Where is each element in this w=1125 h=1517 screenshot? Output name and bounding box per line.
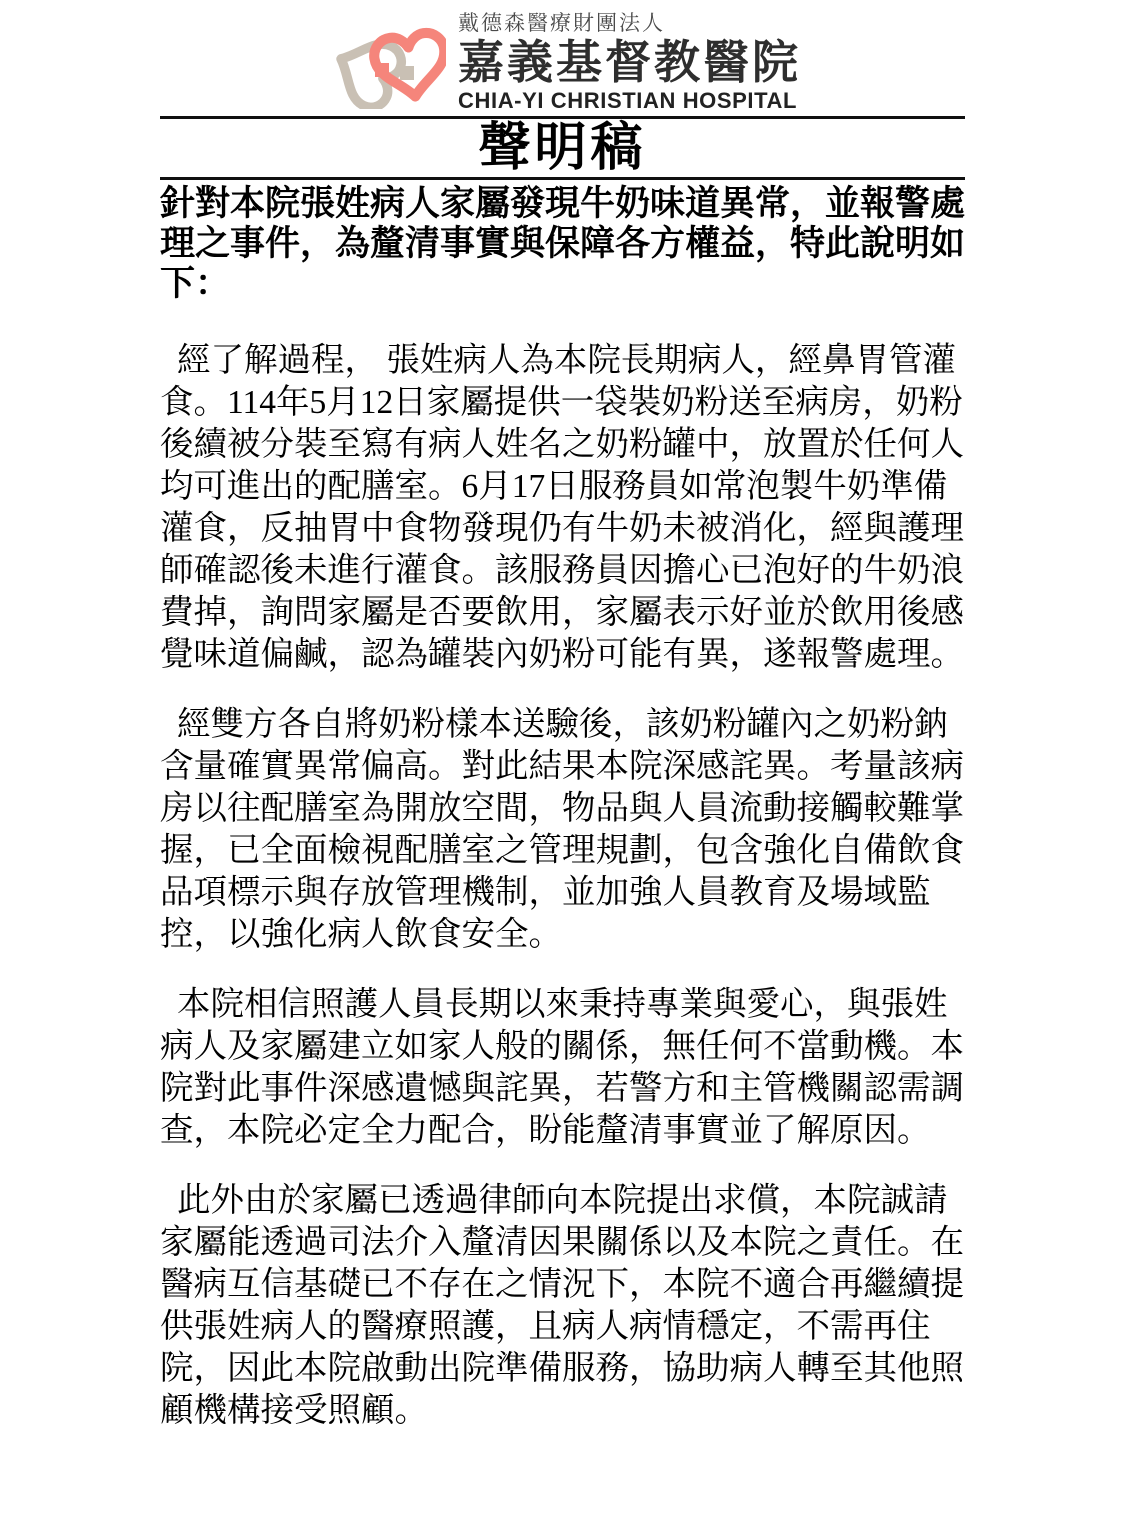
statement-content: 聲明稿 針對本院張姓病人家屬發現牛奶味道異常，並報警處理之事件，為釐清事實與保障…	[160, 116, 965, 1432]
double-heart-cross-icon	[324, 21, 446, 109]
statement-lead: 針對本院張姓病人家屬發現牛奶味道異常，並報警處理之事件，為釐清事實與保障各方權益…	[160, 184, 965, 304]
hospital-logo-text: 戴德森醫療財團法人 嘉義基督教醫院 CHIA-YI CHRISTIAN HOSP…	[458, 7, 801, 114]
hospital-logo	[324, 21, 446, 114]
hospital-name-en: CHIA-YI CHRISTIAN HOSPITAL	[458, 88, 801, 114]
statement-paragraph-4: 此外由於家屬已透過律師向本院提出求償，本院誠請家屬能透過司法介入釐清因果關係以及…	[160, 1180, 965, 1432]
title-divider	[160, 177, 965, 180]
statement-page: 戴德森醫療財團法人 嘉義基督教醫院 CHIA-YI CHRISTIAN HOSP…	[0, 0, 1125, 1517]
hospital-name-zh: 嘉義基督教醫院	[458, 39, 801, 87]
document-title: 聲明稿	[160, 119, 965, 177]
hospital-masthead: 戴德森醫療財團法人 嘉義基督教醫院 CHIA-YI CHRISTIAN HOSP…	[0, 0, 1125, 114]
affiliation-name: 戴德森醫療財團法人	[458, 7, 801, 37]
statement-paragraph-3: 本院相信照護人員長期以來秉持專業與愛心，與張姓病人及家屬建立如家人般的關係，無任…	[160, 984, 965, 1152]
statement-paragraph-2: 經雙方各自將奶粉樣本送驗後，該奶粉罐內之奶粉鈉含量確實異常偏高。對此結果本院深感…	[160, 704, 965, 956]
statement-paragraph-1: 經了解過程， 張姓病人為本院長期病人，經鼻胃管灌食。114年5月12日家屬提供一…	[160, 340, 965, 676]
